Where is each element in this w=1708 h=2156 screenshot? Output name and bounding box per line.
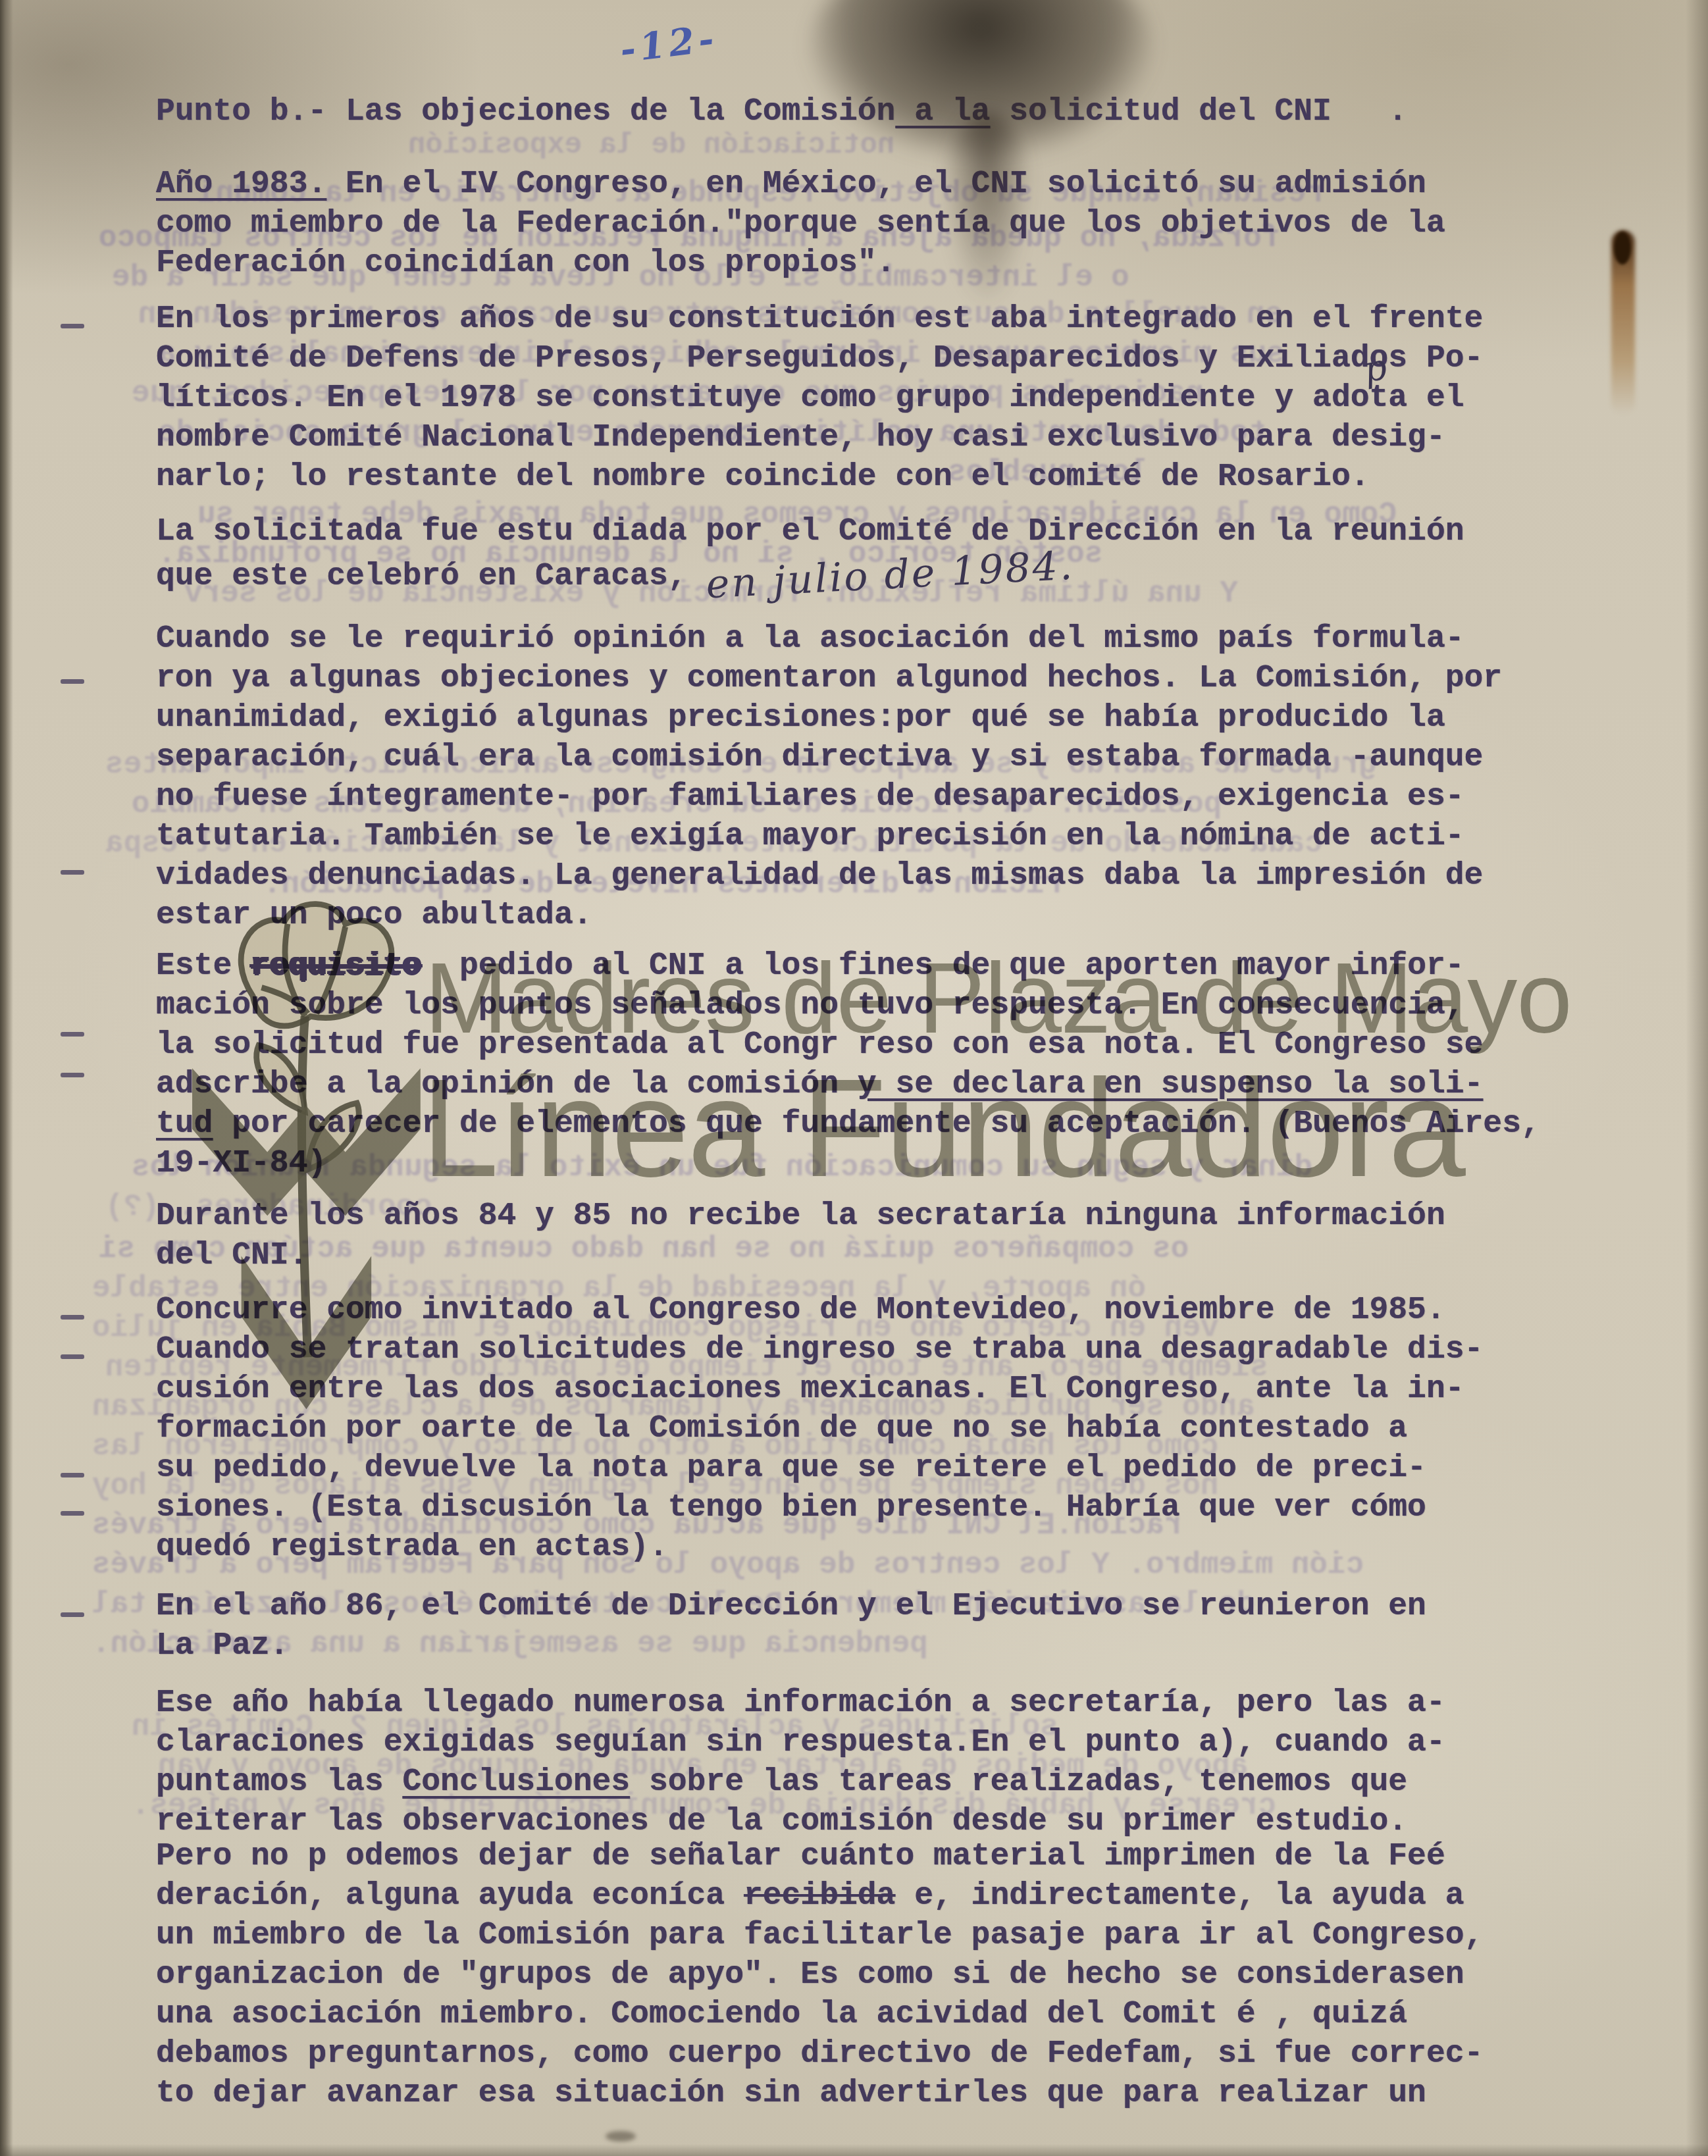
para-primeros-anos: En los primeros años de su constitución …	[156, 299, 1597, 497]
typed-segment: recibida	[744, 1878, 895, 1914]
typed-segment: Federación coincidían con los propios".	[156, 245, 895, 281]
typed-segment: la solicitud fue presentada al Congr res…	[156, 1027, 1483, 1063]
typed-segment: sobre las tareas realizadas, tenemos que	[630, 1764, 1407, 1800]
scanned-document-page: noticiación de la exposiciónresidan, aun…	[0, 0, 1708, 2156]
margin-dash-mark	[61, 679, 84, 684]
typed-segment: narlo; lo restante del nombre coincide c…	[156, 459, 1370, 495]
typed-line: quedó registrada en actas).	[156, 1527, 1597, 1567]
typed-line: La solicitada fue estu diada por el Comi…	[156, 512, 1597, 552]
typed-text-layer: Punto b.- Las objeciones de la Comisión …	[0, 0, 1708, 2156]
typed-line: Federación coincidían con los propios".	[156, 244, 1597, 283]
typed-segment: debamos preguntarnos, como cuerpo direct…	[156, 2036, 1483, 2072]
typed-segment: cusión entre las dos asociaciones mexica…	[156, 1372, 1464, 1407]
typed-line: deración, alguna ayuda econíca recibida …	[156, 1876, 1597, 1916]
typed-line: reiterar las observaciones de la comisió…	[156, 1802, 1597, 1841]
margin-dash-mark	[61, 1315, 84, 1320]
margin-dash-mark	[61, 1511, 84, 1516]
para-cuando-opinion: Cuando se le requirió opinión a la asoci…	[156, 619, 1597, 935]
typed-line: Durante los años 84 y 85 no recibe la se…	[156, 1196, 1597, 1236]
margin-dash-mark	[61, 1032, 84, 1037]
typed-segment: claraciones exigidas seguían sin respues…	[156, 1725, 1445, 1760]
typed-segment: pedido al CNI a los fines de que aporten…	[421, 948, 1464, 984]
typed-segment: mación sobre los puntos señalados no tuv…	[156, 988, 1464, 1023]
scan-edge-right	[1686, 0, 1708, 2156]
typed-segment: Punto b.- Las objeciones de la Comisión	[156, 94, 895, 130]
typed-line: como miembro de la Federación."porque se…	[156, 204, 1597, 244]
paper-speck	[606, 2131, 636, 2142]
scan-edge-left	[0, 0, 13, 2156]
typed-segment: puntamos las	[156, 1764, 402, 1800]
typed-segment: reiterar las observaciones de la comisió…	[156, 1804, 1407, 1839]
typed-segment: por carecer de elementos que fundamente …	[213, 1106, 1540, 1142]
typed-line: cusión entre las dos asociaciones mexica…	[156, 1370, 1597, 1409]
typed-segment: to dejar avanzar esa situación sin adver…	[156, 2076, 1426, 2111]
typed-segment: En los primeros años de su constitución …	[156, 301, 1483, 337]
typed-line: Pero no p odemos dejar de señalar cuánto…	[156, 1837, 1597, 1876]
margin-dash-mark	[61, 1612, 84, 1617]
typed-line: tatutaria. También se le exigía mayor pr…	[156, 817, 1597, 856]
typed-segment: unanimidad, exigió algunas precisiones:p…	[156, 700, 1445, 736]
typed-segment: siones. (Esta discusión la tengo bien pr…	[156, 1490, 1426, 1526]
typed-segment: vidades denunciadas. La generalidad de l…	[156, 858, 1483, 894]
typed-line: Concurre como invitado al Congreso de Mo…	[156, 1291, 1597, 1330]
typed-segment: La Paz.	[156, 1628, 289, 1664]
typed-line: claraciones exigidas seguían sin respues…	[156, 1723, 1597, 1762]
para-ano-86: En el año 86, el Comité de Dirección y e…	[156, 1587, 1597, 1666]
typed-segment: Conclusiones	[402, 1764, 630, 1800]
typed-segment: deración, alguna ayuda econíca	[156, 1878, 744, 1914]
typed-line: separación, cuál era la comisión directi…	[156, 738, 1597, 777]
typed-segment: e, indirectamente, la ayuda a	[895, 1878, 1464, 1914]
typed-line: no fuese íntegramente- por familiares de…	[156, 777, 1597, 817]
typed-segment: nombre Comité Nacional Independiente, ho…	[156, 420, 1445, 455]
typed-segment: tud	[156, 1106, 213, 1142]
typed-segment: y se declara en suspenso la soli-	[858, 1067, 1484, 1102]
typed-line: narlo; lo restante del nombre coincide c…	[156, 457, 1597, 497]
typed-line: 19-XI-84)	[156, 1144, 1597, 1183]
typed-line: su pedido, devuelve la nota para que se …	[156, 1449, 1597, 1488]
typed-segment: formación por oarte de la Comisión de qu…	[156, 1411, 1407, 1447]
typed-line: formación por oarte de la Comisión de qu…	[156, 1409, 1597, 1449]
typed-segment: Este	[156, 948, 251, 984]
margin-dash-mark	[61, 324, 84, 328]
para-ese-ano: Ese año había llegado numerosa informaci…	[156, 1683, 1597, 1841]
typed-segment: Comité de Defens de Presos, Perseguidos,…	[156, 341, 1483, 376]
para-concurre-montevideo: Concurre como invitado al Congreso de Mo…	[156, 1291, 1597, 1567]
burn-mark-core	[1614, 232, 1631, 265]
typed-line: que este celebró en Caracas, en julio de…	[156, 552, 1597, 591]
handwritten-date-annotation: en julio de 1984.	[705, 546, 1075, 604]
typed-segment: Pero no p odemos dejar de señalar cuánto…	[156, 1839, 1445, 1874]
typed-segment: Concurre como invitado al Congreso de Mo…	[156, 1293, 1445, 1328]
typed-line: estar un poco abultada.	[156, 896, 1597, 935]
typed-line: to dejar avanzar esa situación sin adver…	[156, 2074, 1597, 2113]
margin-dash-mark	[61, 1354, 84, 1359]
typed-segment: En el IV Congreso, en México, el CNI sol…	[326, 167, 1426, 202]
typed-segment: estar un poco abultada.	[156, 898, 592, 933]
typed-segment: organizacion de "grupos de apyo". Es com…	[156, 1957, 1464, 1993]
typed-segment: tatutaria. También se le exigía mayor pr…	[156, 819, 1464, 854]
typed-segment: En el año 86, el Comité de Dirección y e…	[156, 1589, 1426, 1624]
typed-segment: Cuando se le requirió opinión a la asoci…	[156, 621, 1464, 657]
typed-line: Ese año había llegado numerosa informaci…	[156, 1683, 1597, 1723]
typed-line: debamos preguntarnos, como cuerpo direct…	[156, 2034, 1597, 2074]
typed-segment: del CNI.	[156, 1238, 307, 1273]
typed-segment: 19-XI-84)	[156, 1146, 326, 1181]
typed-segment: requisito	[251, 948, 421, 984]
typed-segment: como miembro de la Federación."porque se…	[156, 206, 1445, 242]
typed-line: En los primeros años de su constitución …	[156, 299, 1597, 339]
typed-line: puntamos las Conclusiones sobre las tare…	[156, 1762, 1597, 1802]
typed-line: una asociación miembro. Comociendo la ac…	[156, 1995, 1597, 2034]
para-este-pedido: Este requisito pedido al CNI a los fines…	[156, 946, 1597, 1183]
typed-segment: Cuando se tratan solicitudes de ingreso …	[156, 1332, 1483, 1368]
typed-segment: quedó registrada en actas).	[156, 1529, 668, 1565]
margin-dash-mark	[61, 1473, 84, 1477]
typed-line: la solicitud fue presentada al Congr res…	[156, 1025, 1597, 1065]
typed-segment: que este celebró en Caracas,	[156, 559, 706, 594]
typed-line: En el año 86, el Comité de Dirección y e…	[156, 1587, 1597, 1626]
typed-segment: separación, cuál era la comisión directi…	[156, 740, 1483, 775]
typed-line: tud por carecer de elementos que fundame…	[156, 1104, 1597, 1144]
typed-line: vidades denunciadas. La generalidad de l…	[156, 856, 1597, 896]
typed-segment: Año 1983.	[156, 167, 326, 202]
para-solicitada: La solicitada fue estu diada por el Comi…	[156, 512, 1597, 591]
typed-line: Este requisito pedido al CNI a los fines…	[156, 946, 1597, 986]
typed-line: organizacion de "grupos de apyo". Es com…	[156, 1955, 1597, 1995]
typed-line: del CNI.	[156, 1236, 1597, 1275]
typed-segment: no fuese íntegramente- por familiares de…	[156, 779, 1464, 815]
typed-line: adscribe a la opinión de la comisión y s…	[156, 1065, 1597, 1104]
para-durante-84-85: Durante los años 84 y 85 no recibe la se…	[156, 1196, 1597, 1275]
typed-line: La Paz.	[156, 1626, 1597, 1666]
typed-segment: adscribe a la opinión de la comisión	[156, 1067, 858, 1102]
typed-line: Cuando se le requirió opinión a la asoci…	[156, 619, 1597, 659]
para-pero-no-podemos: Pero no p odemos dejar de señalar cuánto…	[156, 1837, 1597, 2113]
typed-line: un miembro de la Comisión para facilitar…	[156, 1916, 1597, 1955]
scan-edge-bottom	[0, 2144, 1708, 2156]
margin-dash-mark	[61, 1073, 84, 1077]
typed-segment: Durante los años 84 y 85 no recibe la se…	[156, 1198, 1445, 1234]
typed-segment: Ese año había llegado numerosa informaci…	[156, 1685, 1445, 1721]
typed-segment: La solicitada fue estu diada por el Comi…	[156, 514, 1464, 550]
typed-segment: una asociación miembro. Comociendo la ac…	[156, 1997, 1407, 2032]
para-ano-1983: Año 1983. En el IV Congreso, en México, …	[156, 165, 1597, 283]
typed-segment: su pedido, devuelve la nota para que se …	[156, 1450, 1426, 1486]
typed-segment: un miembro de la Comisión para facilitar…	[156, 1918, 1483, 1953]
typed-line: unanimidad, exigió algunas precisiones:p…	[156, 698, 1597, 738]
typed-line: Año 1983. En el IV Congreso, en México, …	[156, 165, 1597, 204]
typed-line: ron ya algunas objeciones y comentaron a…	[156, 659, 1597, 698]
typed-line: siones. (Esta discusión la tengo bien pr…	[156, 1488, 1597, 1527]
typed-line: nombre Comité Nacional Independiente, ho…	[156, 418, 1597, 457]
typed-segment: líticos. En el 1978 se constituye como g…	[156, 380, 1464, 416]
typed-segment: ron ya algunas objeciones y comentaron a…	[156, 661, 1502, 696]
typed-line: Cuando se tratan solicitudes de ingreso …	[156, 1330, 1597, 1370]
ink-smudge-tail	[941, 112, 1033, 309]
margin-dash-mark	[61, 870, 84, 875]
typed-line: mación sobre los puntos señalados no tuv…	[156, 986, 1597, 1025]
